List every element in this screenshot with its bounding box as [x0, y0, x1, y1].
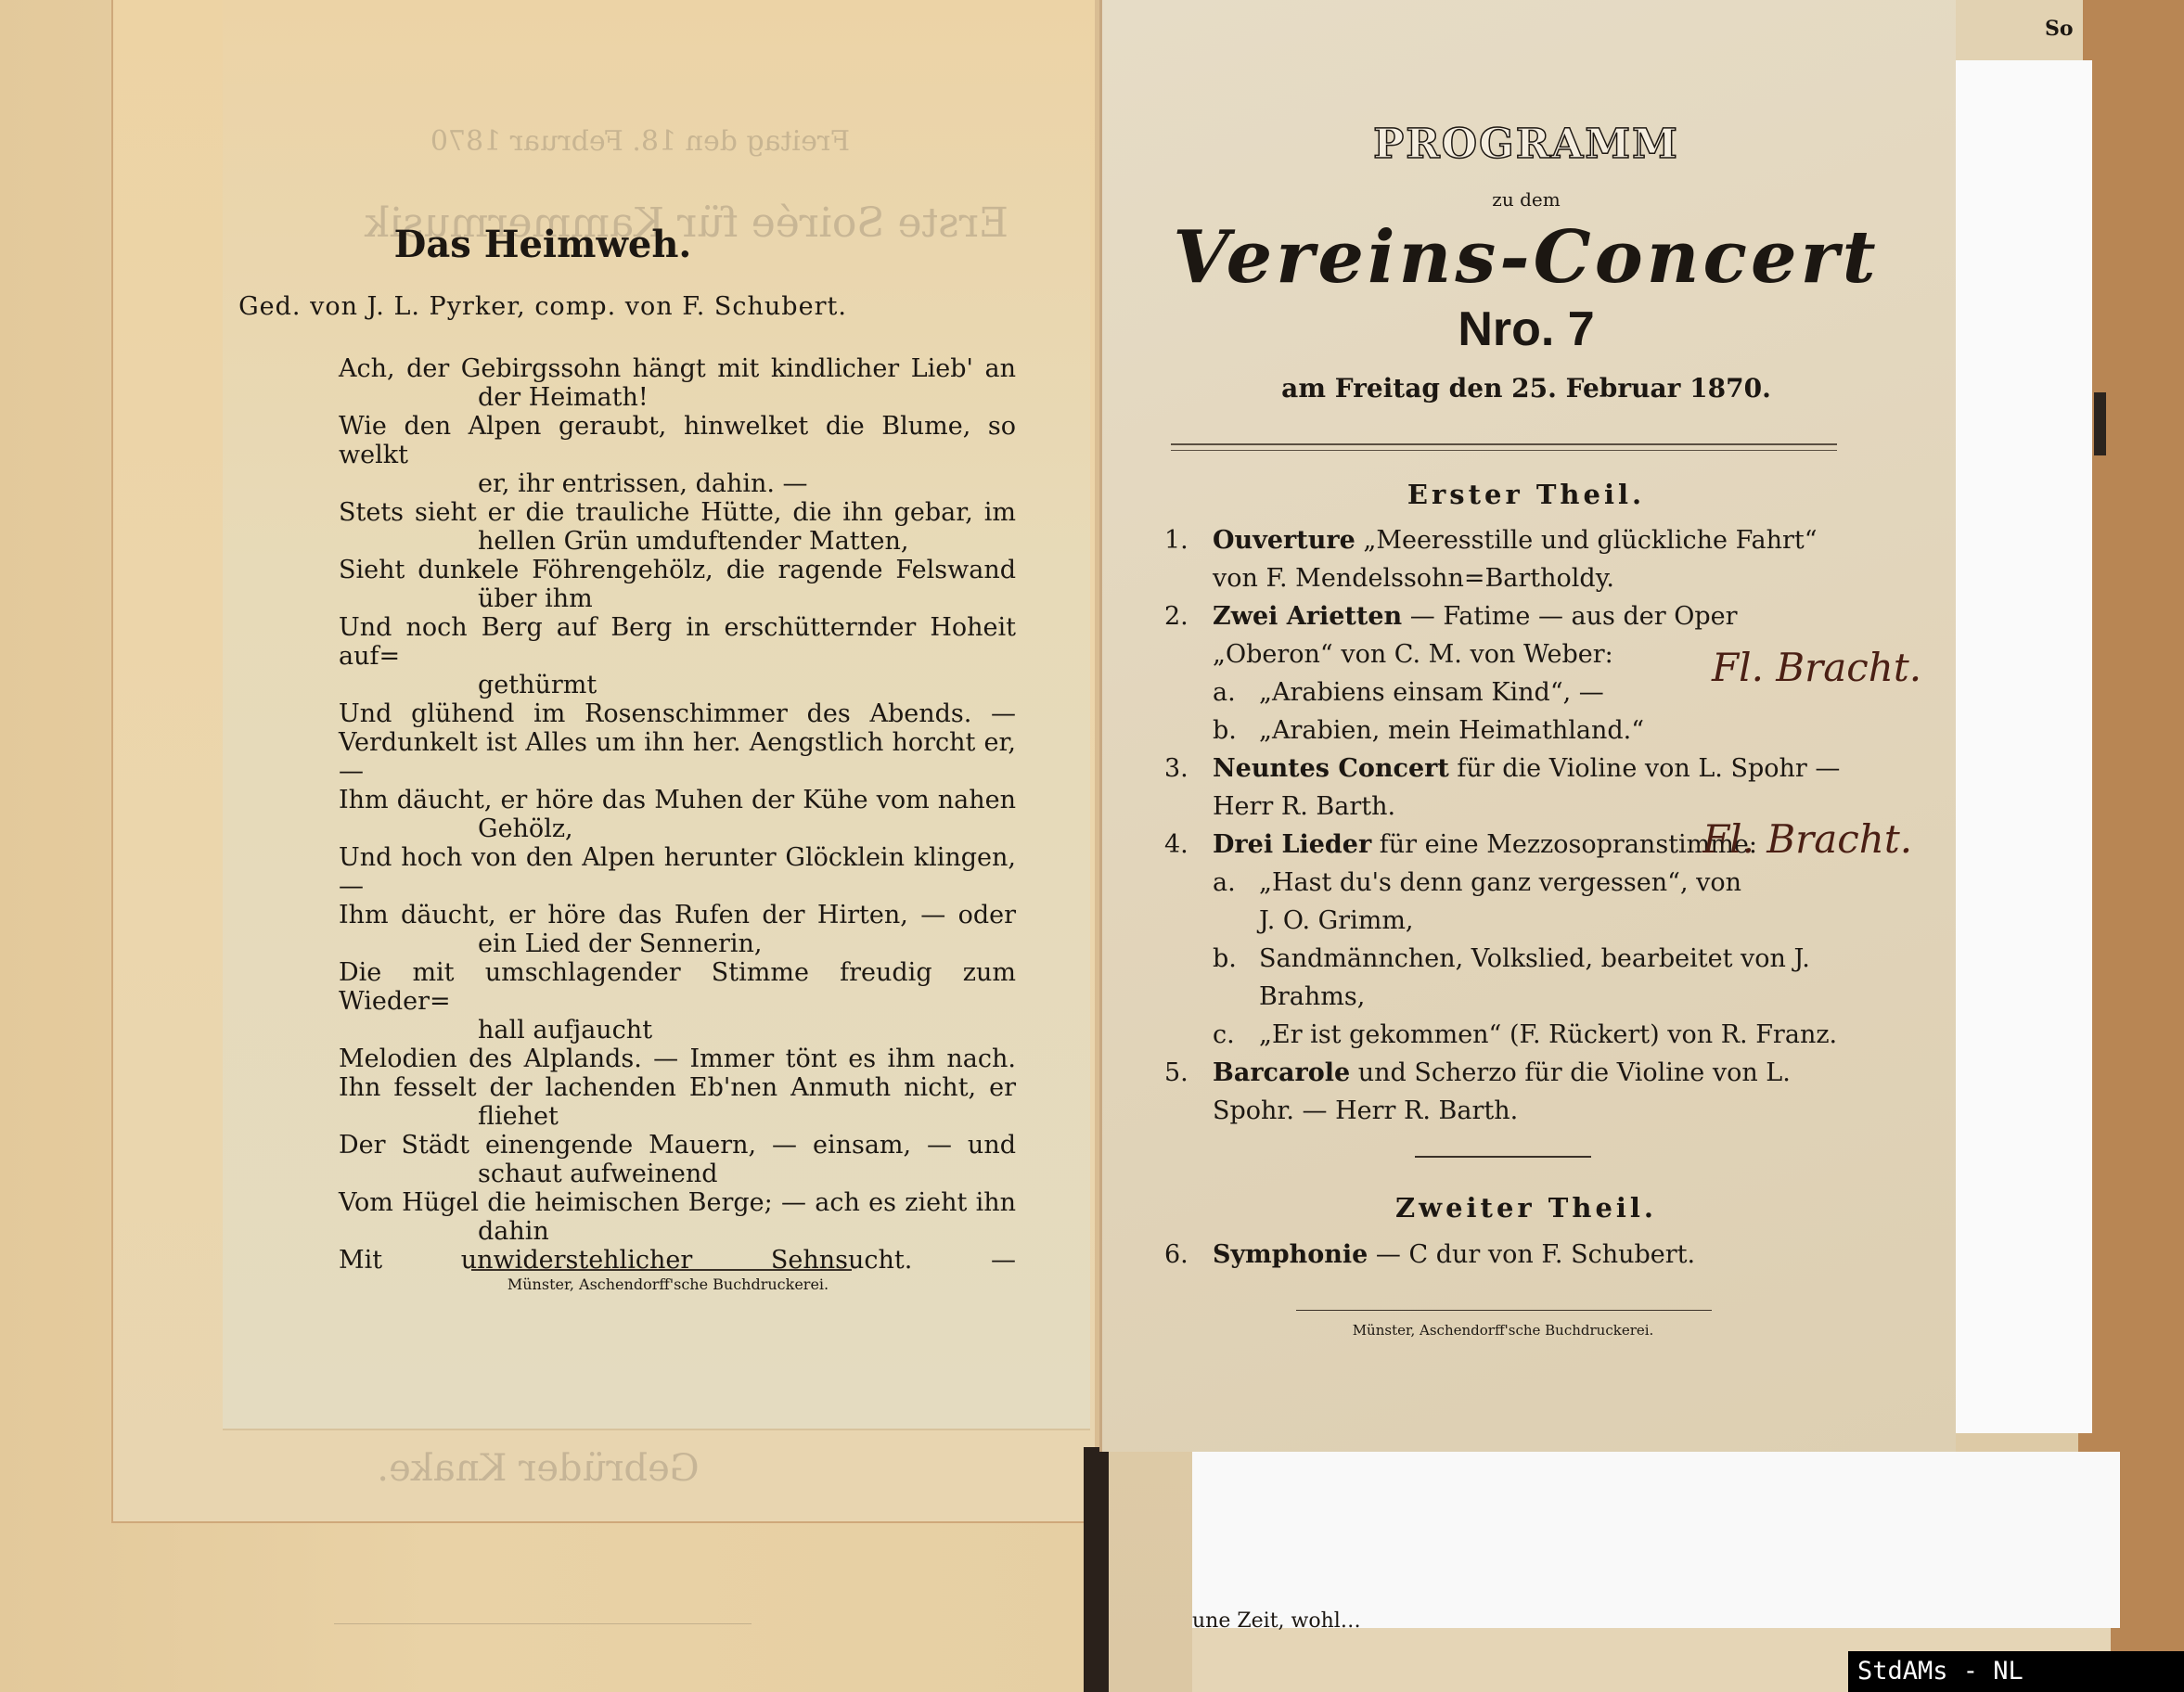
- white-paper-strip: [1939, 60, 2092, 1433]
- edge-text-top-right: So: [2045, 17, 2074, 41]
- programme-item: 5.Barcarole und Scherzo für die Violine …: [1164, 1054, 1842, 1092]
- programme-items-part2: 6.Symphonie — C dur von F. Schubert.: [1164, 1236, 1842, 1274]
- poem-line: Ihn fesselt der lachenden Eb'nen Anmuth …: [339, 1073, 1016, 1102]
- book-spine: [1084, 1447, 1110, 1692]
- item-number: 4.: [1164, 826, 1213, 864]
- item-work-title: Ouverture: [1213, 526, 1355, 555]
- poem-line: Wie den Alpen geraubt, hinwelket die Blu…: [339, 412, 1016, 469]
- sub-item: c.„Er ist gekommen“ (F. Rückert) von R. …: [1164, 1016, 1842, 1054]
- item-description: — C dur von F. Schubert.: [1368, 1240, 1695, 1269]
- poem-line: Ach, der Gebirgssohn hängt mit kindliche…: [339, 354, 1016, 383]
- concert-number: Nro. 7: [1099, 301, 1953, 357]
- item-description: „Meeresstille und glückliche Fahrt“: [1355, 526, 1818, 555]
- sub-item-label: c.: [1213, 1016, 1259, 1054]
- concert-date: am Freitag den 25. Februar 1870.: [1099, 373, 1953, 404]
- poem-line: Sieht dunkele Föhrengehölz, die ragende …: [339, 556, 1016, 584]
- item-work-title: Drei Lieder: [1213, 830, 1371, 859]
- poem-line: Und noch Berg auf Berg in erschütternder…: [339, 613, 1016, 671]
- section-divider: [1415, 1156, 1591, 1158]
- showthrough-rule: [334, 1623, 752, 1624]
- programme-subheading: zu dem: [1099, 188, 1953, 211]
- sub-item-label: b.: [1213, 940, 1259, 978]
- programme-item: 2.Zwei Arietten — Fatime — aus der Oper: [1164, 597, 1842, 635]
- part1-heading: Erster Theil.: [1099, 479, 1953, 510]
- sub-item-continuation: J. O. Grimm,: [1164, 902, 1842, 940]
- poem-line: Und hoch von den Alpen herunter Glöcklei…: [339, 843, 1016, 901]
- programme-item: 6.Symphonie — C dur von F. Schubert.: [1164, 1236, 1842, 1274]
- item-number: 1.: [1164, 521, 1213, 559]
- poem-line-continuation: gethürmt: [339, 671, 1016, 699]
- item-work-title: Symphonie: [1213, 1240, 1368, 1269]
- sub-item: a.„Hast du's denn ganz vergessen“, von: [1164, 864, 1842, 902]
- sub-item-label: b.: [1213, 711, 1259, 750]
- poem-line: Und glühend im Rosenschimmer des Abends.…: [339, 699, 1016, 728]
- edge-text-bottom: une Zeit, wohl…: [1192, 1609, 1361, 1633]
- imprint-left: Münster, Aschendorff'sche Buchdruckerei.: [445, 1275, 891, 1293]
- item-work-title: Zwei Arietten: [1213, 602, 1402, 631]
- sub-item-text: „Hast du's denn ganz vergessen“, von: [1259, 864, 1741, 902]
- part2-heading: Zweiter Theil.: [1099, 1192, 1953, 1224]
- white-paper-bottom: [1192, 1452, 2120, 1628]
- item-text: Ouverture „Meeresstille und glückliche F…: [1213, 521, 1842, 559]
- poem-line-continuation: dahin: [339, 1217, 1016, 1246]
- poem-byline: Ged. von J. L. Pyrker, comp. von F. Schu…: [0, 292, 1086, 321]
- sub-item-label: a.: [1213, 864, 1259, 902]
- item-text: Zwei Arietten — Fatime — aus der Oper: [1213, 597, 1842, 635]
- item-text: Barcarole und Scherzo für die Violine vo…: [1213, 1054, 1842, 1092]
- poem-title: Das Heimweh.: [0, 223, 1086, 266]
- item-description: — Fatime — aus der Oper: [1402, 602, 1737, 631]
- programme-item: 3.Neuntes Concert für die Violine von L.…: [1164, 750, 1842, 788]
- sub-item: b.„Arabien, mein Heimathland.“: [1164, 711, 1842, 750]
- poem-line: Stets sieht er die trauliche Hütte, die …: [339, 498, 1016, 527]
- right-cover-edge: [2078, 0, 2184, 1692]
- item-description: und Scherzo für die Violine von L.: [1350, 1058, 1791, 1087]
- black-tab: [2094, 392, 2106, 455]
- poem-line: Der Städt einengende Mauern, — einsam, —…: [339, 1131, 1016, 1160]
- poem-line-continuation: der Heimath!: [339, 383, 1016, 412]
- handwritten-note-1: Fl. Bracht.: [1712, 645, 1921, 690]
- sub-item-label: a.: [1213, 673, 1259, 711]
- poem-line-continuation: er, ihr entrissen, dahin. —: [339, 469, 1016, 498]
- double-rule: [1171, 443, 1837, 451]
- poem-line-continuation: hall aufjaucht: [339, 1016, 1016, 1045]
- item-text: Symphonie — C dur von F. Schubert.: [1213, 1236, 1842, 1274]
- poem-line: Verdunkelt ist Alles um ihn her. Aengstl…: [339, 728, 1016, 786]
- item-number: 5.: [1164, 1054, 1213, 1092]
- sub-item-text: „Er ist gekommen“ (F. Rückert) von R. Fr…: [1259, 1016, 1837, 1054]
- sub-item-text: „Arabiens einsam Kind“, —: [1259, 673, 1604, 711]
- showthrough-bottom: Gebrüder Knake.: [213, 1447, 863, 1490]
- poem-line-continuation: ein Lied der Sennerin,: [339, 929, 1016, 958]
- poem-line: Die mit umschlagender Stimme freudig zum…: [339, 958, 1016, 1016]
- poem-body: Ach, der Gebirgssohn hängt mit kindliche…: [339, 354, 1016, 1275]
- sub-item-text: Sandmännchen, Volkslied, bearbeitet von …: [1259, 940, 1810, 978]
- item-description: für eine Mezzosopranstimme:: [1371, 830, 1757, 859]
- poem-line-continuation: über ihm: [339, 584, 1016, 613]
- imprint-rule-right: [1296, 1310, 1712, 1311]
- programme-heading: PROGRAMM: [1099, 121, 1953, 168]
- poem-line-continuation: Gehölz,: [339, 814, 1016, 843]
- poem-line: Vom Hügel die heimischen Berge; — ach es…: [339, 1188, 1016, 1217]
- archive-label: StdAMs - NL Grimm_41_76: [1848, 1651, 2184, 1692]
- concert-title: Vereins-Concert: [1099, 215, 1953, 300]
- poem-line-continuation: fliehet: [339, 1102, 1016, 1131]
- poem-line-continuation: schaut aufweinend: [339, 1160, 1016, 1188]
- item-text: Neuntes Concert für die Violine von L. S…: [1213, 750, 1842, 788]
- item-number: 6.: [1164, 1236, 1213, 1274]
- imprint-right: Münster, Aschendorff'sche Buchdruckerei.: [1280, 1322, 1726, 1339]
- item-continuation: Spohr. — Herr R. Barth.: [1164, 1092, 1842, 1130]
- item-number: 2.: [1164, 597, 1213, 635]
- poem-line: Ihm däucht, er höre das Rufen der Hirten…: [339, 901, 1016, 929]
- poem-line-continuation: hellen Grün umduftender Matten,: [339, 527, 1016, 556]
- poem-line: Ihm däucht, er höre das Muhen der Kühe v…: [339, 786, 1016, 814]
- item-work-title: Neuntes Concert: [1213, 754, 1449, 783]
- imprint-rule-left: [471, 1269, 852, 1271]
- sub-item-text: „Arabien, mein Heimathland.“: [1259, 711, 1644, 750]
- sub-item: b.Sandmännchen, Volkslied, bearbeitet vo…: [1164, 940, 1842, 978]
- poem-line: Melodien des Alplands. — Immer tönt es i…: [339, 1045, 1016, 1073]
- item-number: 3.: [1164, 750, 1213, 788]
- item-description: für die Violine von L. Spohr —: [1449, 754, 1841, 783]
- item-continuation: von F. Mendelssohn=Bartholdy.: [1164, 559, 1842, 597]
- showthrough-date: Freitag den 18. Februar 1870: [353, 125, 928, 158]
- sub-item-continuation: Brahms,: [1164, 978, 1842, 1016]
- item-work-title: Barcarole: [1213, 1058, 1350, 1087]
- programme-item: 1.Ouverture „Meeresstille und glückliche…: [1164, 521, 1842, 559]
- handwritten-note-2: Fl. Bracht.: [1702, 816, 1912, 862]
